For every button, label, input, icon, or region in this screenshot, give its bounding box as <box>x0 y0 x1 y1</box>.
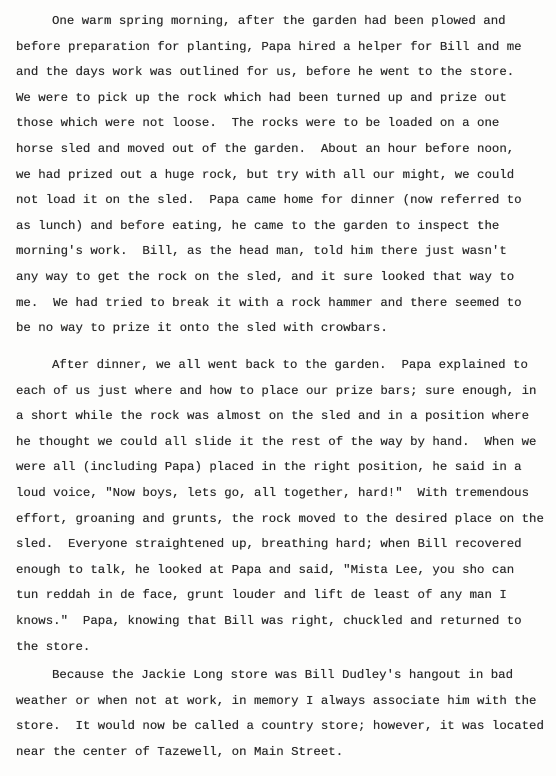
text-line: were all (including Papa) placed in the … <box>16 455 556 481</box>
text-line: horse sled and moved out of the garden. … <box>16 137 556 163</box>
text-line: as lunch) and before eating, he came to … <box>16 214 556 240</box>
paragraph-first-line: After dinner, we all went back to the ga… <box>16 353 556 379</box>
text-line: me. We had tried to break it with a rock… <box>16 291 556 317</box>
text-line: be no way to prize it onto the sled with… <box>16 316 556 342</box>
text-line: enough to talk, he looked at Papa and sa… <box>16 558 556 584</box>
text-line: those which were not loose. The rocks we… <box>16 111 556 137</box>
text-line: We were to pick up the rock which had be… <box>16 86 556 112</box>
text-line: near the center of Tazewell, on Main Str… <box>16 740 556 766</box>
text-line: any way to get the rock on the sled, and… <box>16 265 556 291</box>
paragraph-first-line: One warm spring morning, after the garde… <box>16 9 556 35</box>
paragraph-after-dinner: After dinner, we all went back to the ga… <box>16 353 556 660</box>
text-line: a short while the rock was almost on the… <box>16 404 556 430</box>
text-line: loud voice, "Now boys, lets go, all toge… <box>16 481 556 507</box>
text-line: effort, groaning and grunts, the rock mo… <box>16 507 556 533</box>
text-line: the store. <box>16 635 556 661</box>
text-line: tun reddah in de face, grunt louder and … <box>16 583 556 609</box>
paragraph-first-line: Because the Jackie Long store was Bill D… <box>16 663 556 689</box>
paragraph-jackie-long-store: Because the Jackie Long store was Bill D… <box>16 663 556 765</box>
text-line: he thought we could all slide it the res… <box>16 430 556 456</box>
text-line: knows." Papa, knowing that Bill was righ… <box>16 609 556 635</box>
text-line: not load it on the sled. Papa came home … <box>16 188 556 214</box>
paragraph-rock-moving: One warm spring morning, after the garde… <box>16 9 556 342</box>
typewritten-page: One warm spring morning, after the garde… <box>0 0 556 776</box>
text-line: we had prized out a huge rock, but try w… <box>16 163 556 189</box>
text-line: morning's work. Bill, as the head man, t… <box>16 239 556 265</box>
text-line: sled. Everyone straightened up, breathin… <box>16 532 556 558</box>
text-line: store. It would now be called a country … <box>16 714 556 740</box>
text-line: weather or when not at work, in memory I… <box>16 689 556 715</box>
text-line: and the days work was outlined for us, b… <box>16 60 556 86</box>
text-line: each of us just where and how to place o… <box>16 379 556 405</box>
text-line: before preparation for planting, Papa hi… <box>16 35 556 61</box>
